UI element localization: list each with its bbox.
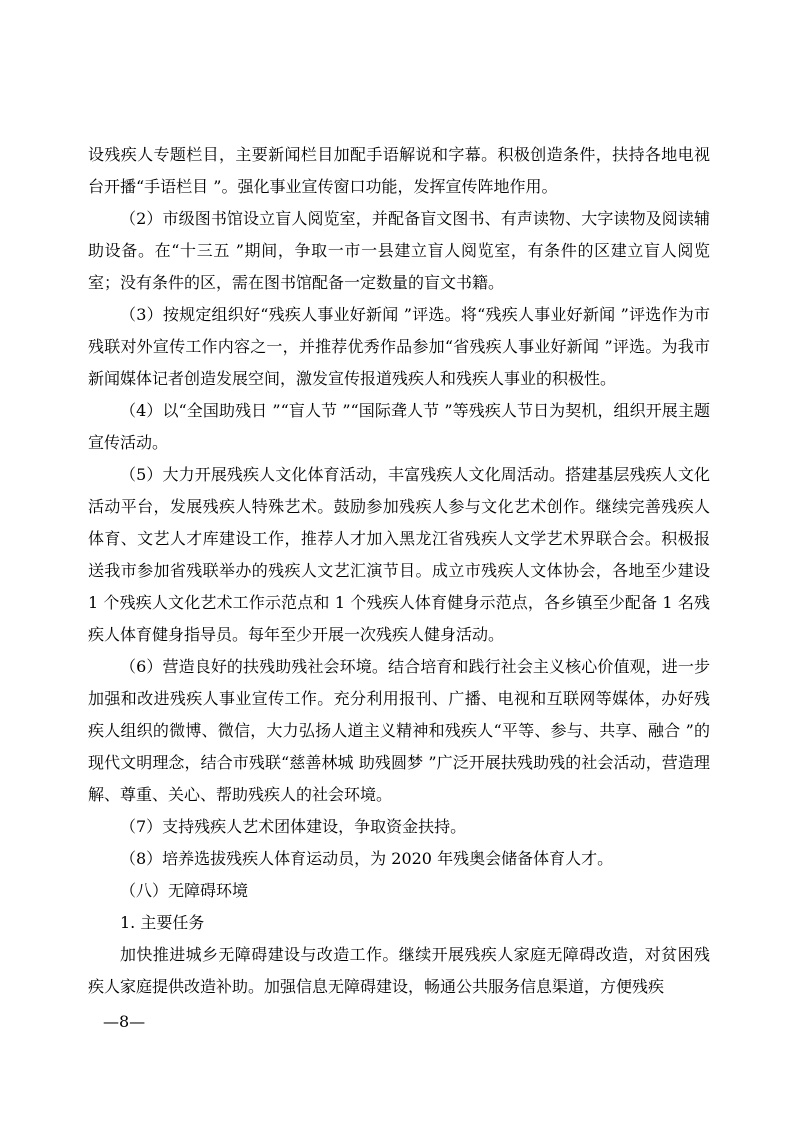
paragraph-item-5: （5）大力开展残疾人文化体育活动，丰富残疾人文化周活动。搭建基层残疾人文化活动平…	[88, 459, 710, 651]
paragraph-item-7: （7）支持残疾人艺术团体建设，争取资金扶持。	[88, 811, 710, 843]
paragraph-continuation: 设残疾人专题栏目，主要新闻栏目加配手语解说和字幕。积极创造条件，扶持各地电视台开…	[88, 139, 710, 203]
section-heading-8: （八）无障碍环境	[88, 875, 710, 907]
paragraph-item-8: （8）培养选拔残疾人体育运动员，为 2020 年残奥会储备体育人才。	[88, 843, 710, 875]
paragraph-item-4: （4）以“全国助残日 ”“盲人节 ”“国际聋人节 ”等残疾人节日为契机，组织开展…	[88, 395, 710, 459]
paragraph-item-3: （3）按规定组织好“残疾人事业好新闻 ”评选。将“残疾人事业好新闻 ”评选作为市…	[88, 299, 710, 395]
paragraph-item-2: （2）市级图书馆设立盲人阅览室，并配备盲文图书、有声读物、大字读物及阅读辅助设备…	[88, 203, 710, 299]
document-page: 设残疾人专题栏目，主要新闻栏目加配手语解说和字幕。积极创造条件，扶持各地电视台开…	[0, 0, 793, 1122]
subsection-heading-main-tasks: 1. 主要任务	[88, 907, 710, 939]
paragraph-item-6: （6）营造良好的扶残助残社会环境。结合培育和践行社会主义核心价值观，进一步加强和…	[88, 651, 710, 811]
footer-page-number: —8—	[103, 1006, 145, 1038]
paragraph-main-tasks-body: 加快推进城乡无障碍建设与改造工作。继续开展残疾人家庭无障碍改造，对贫困残疾人家庭…	[88, 939, 710, 1003]
document-body: 设残疾人专题栏目，主要新闻栏目加配手语解说和字幕。积极创造条件，扶持各地电视台开…	[88, 139, 710, 1003]
